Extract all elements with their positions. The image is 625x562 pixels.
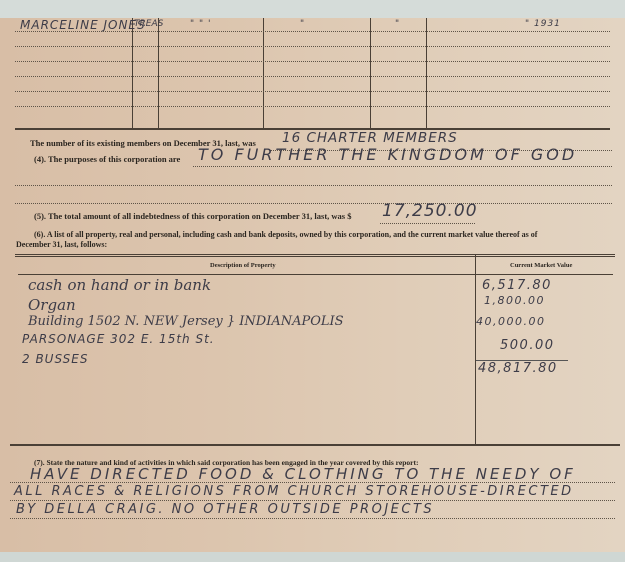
- officer-name: MARCELINE JONES: [20, 18, 146, 32]
- column-divider: [370, 18, 371, 128]
- column-divider: [132, 18, 133, 128]
- property-description: cash on hand or in bank: [28, 276, 211, 294]
- indebtedness-label: (5). The total amount of all indebtednes…: [34, 211, 351, 221]
- fill-line: [193, 166, 612, 167]
- column-divider: [158, 18, 159, 128]
- property-description: PARSONAGE 302 E. 15th St.: [22, 332, 215, 346]
- column-divider: [263, 18, 264, 128]
- column-divider: [426, 18, 427, 128]
- property-value: 40,000.00: [476, 315, 545, 328]
- table-cell: ": [395, 19, 400, 29]
- property-value: 1,800.00: [484, 294, 545, 307]
- activities-line: HAVE DIRECTED FOOD & CLOTHING TO THE NEE…: [30, 465, 576, 483]
- property-label: (6). A list of all property, real and pe…: [34, 230, 537, 239]
- row-rule: [15, 91, 610, 92]
- table-cell: ": [300, 19, 305, 29]
- fill-line: [10, 482, 615, 483]
- row-rule: [15, 46, 610, 47]
- fill-line: [15, 203, 612, 204]
- property-description: 2 BUSSES: [22, 352, 88, 366]
- indebtedness-value: 17,250.00: [382, 201, 478, 221]
- purposes-value: TO FURTHER THE KINGDOM OF GOD: [198, 145, 577, 164]
- fill-line: [10, 518, 615, 519]
- officer-title: TREAS: [134, 19, 163, 29]
- document-page: MARCELINE JONES TREAS " " ' " " " 1931 T…: [0, 18, 625, 552]
- property-total: 48,817.80: [478, 361, 558, 376]
- property-value: 500.00: [500, 338, 555, 353]
- fill-line: [380, 223, 475, 224]
- table-top-rule: [15, 254, 615, 257]
- purposes-label: (4). The purposes of this corporation ar…: [34, 154, 180, 164]
- table-cell: " 1931: [525, 19, 561, 29]
- table-cell: " " ': [190, 19, 211, 29]
- activities-line: ALL RACES & RELIGIONS FROM CHURCH STOREH…: [14, 484, 574, 499]
- row-rule: [15, 61, 610, 62]
- fill-line: [15, 185, 612, 186]
- property-description: Organ: [28, 296, 76, 314]
- table-bottom-rule: [10, 444, 620, 446]
- row-rule: [15, 106, 610, 107]
- column-divider: [475, 254, 476, 444]
- column-header-description: Description of Property: [210, 262, 276, 269]
- header-rule: [18, 274, 613, 275]
- fill-line: [10, 500, 615, 501]
- row-rule: [15, 76, 610, 77]
- column-header-value: Current Market Value: [510, 262, 572, 269]
- activities-line: BY DELLA CRAIG. NO OTHER OUTSIDE PROJECT…: [16, 502, 434, 517]
- property-value: 6,517.80: [482, 278, 552, 293]
- property-description: Building 1502 N. NEW Jersey } INDIANAPOL…: [28, 314, 344, 329]
- members-value: 16 CHARTER MEMBERS: [282, 130, 458, 146]
- property-label-continued: December 31, last, follows:: [16, 240, 107, 249]
